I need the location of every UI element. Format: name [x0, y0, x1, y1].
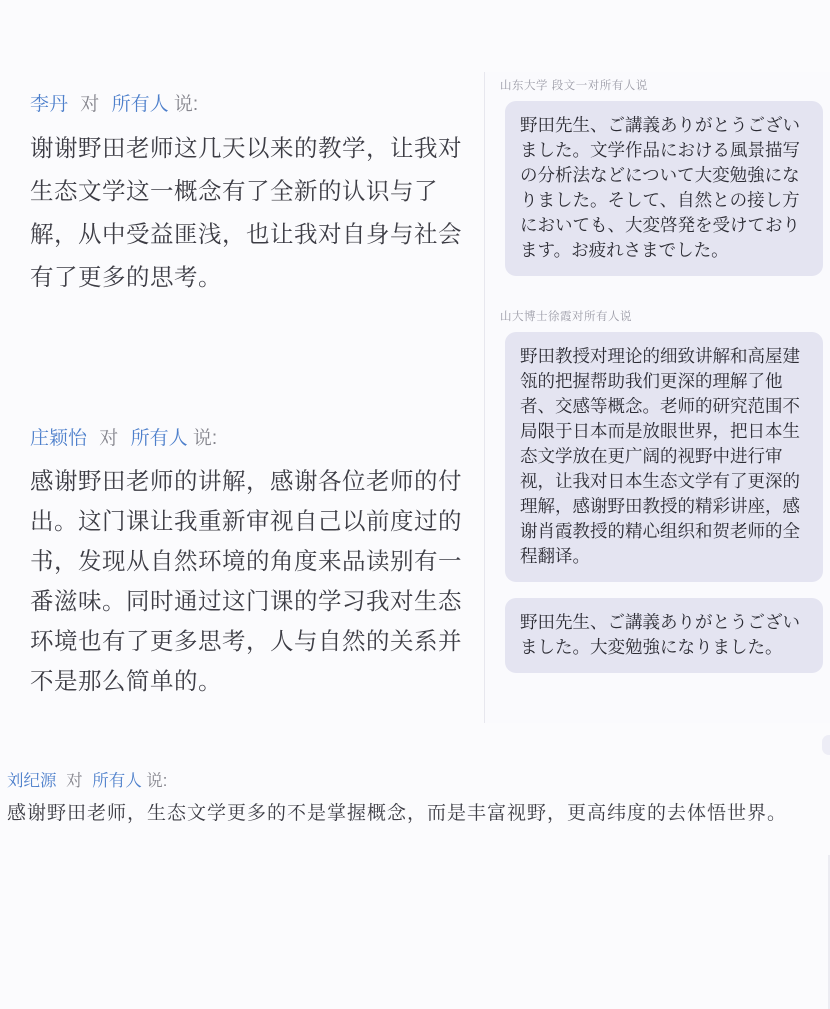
chat-bubble: 野田教授对理论的细致讲解和高屋建瓴的把握帮助我们更深的理解了他者、交感等概念。老… [505, 332, 823, 582]
says-suffix: 说: [146, 772, 167, 790]
says-suffix: 说: [193, 428, 217, 449]
audience-name: 所有人 [112, 94, 169, 115]
chat-group: 山大博士徐霞对所有人说 野田教授对理论的细致讲解和高屋建瓴的把握帮助我们更深的理… [498, 309, 830, 673]
says-to-label: 对 [66, 772, 83, 790]
message-body: 谢谢野田老师这几天以来的教学，让我对生态文学这一概念有了全新的认识与了解，从中受… [30, 127, 478, 299]
chat-message: 刘纪源 对 所有人 说: 感谢野田老师，生态文学更多的不是掌握概念，而是丰富视野… [7, 770, 825, 827]
chat-panel[interactable]: 山东大学 段文一对所有人说 野田先生、ご講義ありがとうございました。文学作品にお… [484, 72, 830, 723]
sender-name: 李丹 [30, 94, 68, 115]
says-to-label: 对 [80, 94, 99, 115]
says-to-label: 对 [99, 428, 118, 449]
chat-message: 李丹 对 所有人 说: 谢谢野田老师这几天以来的教学，让我对生态文学这一概念有了… [30, 92, 478, 299]
bubble-sender-header: 山东大学 段文一对所有人说 [500, 78, 830, 94]
message-header: 李丹 对 所有人 说: [30, 92, 478, 118]
chat-group: 山东大学 段文一对所有人说 野田先生、ご講義ありがとうございました。文学作品にお… [498, 78, 830, 276]
audience-name: 所有人 [92, 772, 142, 790]
message-body: 感谢野田老师的讲解，感谢各位老师的付出。这门课让我重新审视自己以前度过的书，发现… [30, 461, 482, 701]
message-body: 感谢野田老师，生态文学更多的不是掌握概念，而是丰富视野，更高纬度的去体悟世界。 [7, 801, 825, 827]
chat-bubble: 野田先生、ご講義ありがとうございました。文学作品における風景描写の分析法などにつ… [505, 101, 823, 276]
chat-screenshot-page: { "page": { "background": "#fbfbfd" }, "… [0, 0, 830, 1009]
message-header: 刘纪源 对 所有人 说: [7, 770, 825, 792]
message-header: 庄颖怡 对 所有人 说: [30, 426, 482, 452]
chat-bubble: 野田先生、ご講義ありがとうございました。大変勉強になりました。 [505, 598, 823, 673]
says-suffix: 说: [174, 94, 198, 115]
audience-name: 所有人 [131, 428, 188, 449]
partial-bubble-edge [822, 735, 830, 755]
chat-message: 庄颖怡 对 所有人 说: 感谢野田老师的讲解，感谢各位老师的付出。这门课让我重新… [30, 426, 482, 701]
sender-name: 刘纪源 [7, 772, 57, 790]
bubble-sender-header: 山大博士徐霞对所有人说 [500, 309, 830, 325]
sender-name: 庄颖怡 [30, 428, 87, 449]
